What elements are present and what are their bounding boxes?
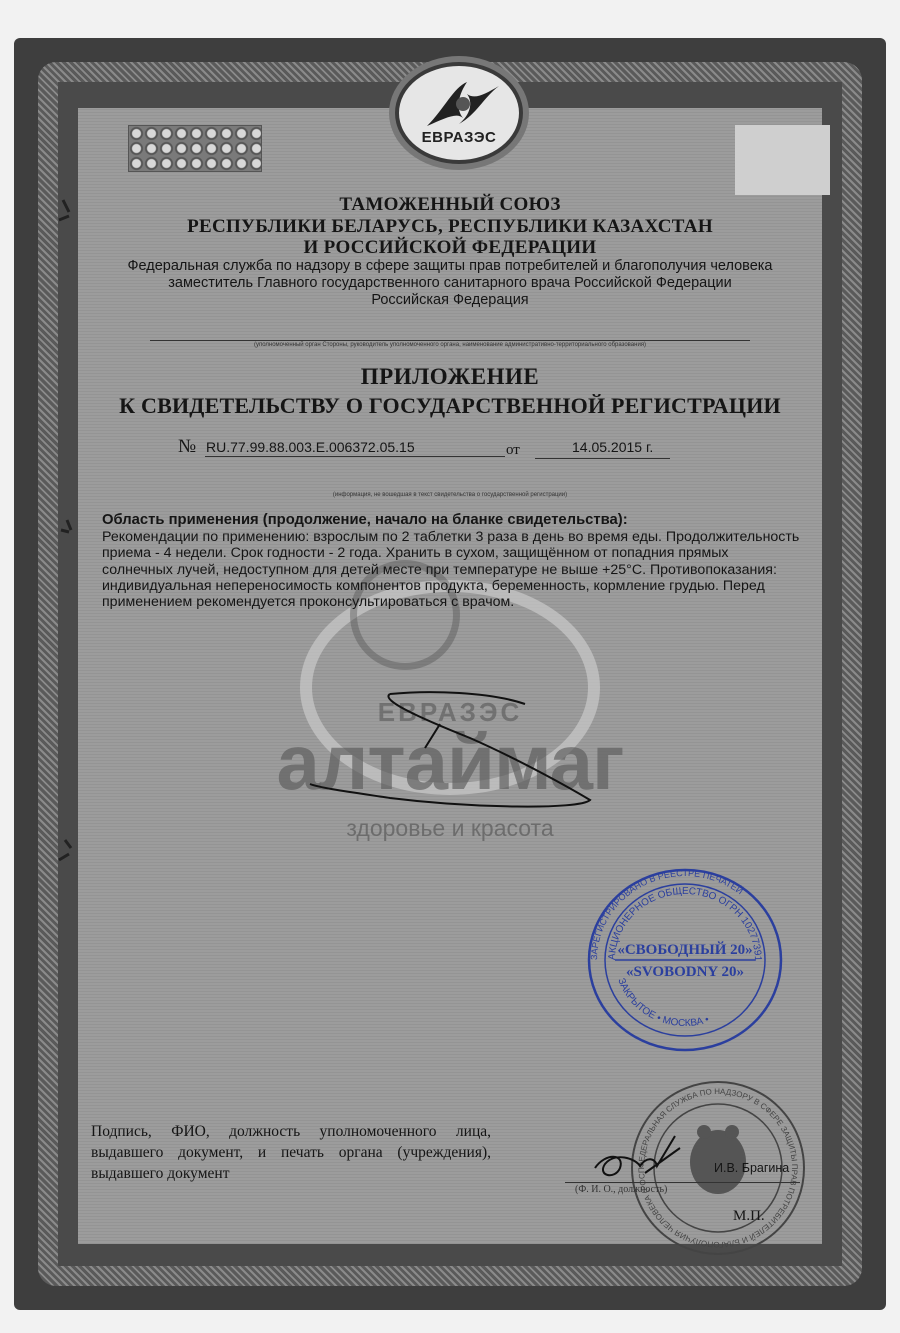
stamp-name-en: «SVOBODNY 20»: [626, 964, 744, 980]
registration-number: RU.77.99.88.003.E.006372.05.15: [206, 439, 415, 455]
signer-label: (Ф. И. О., должность): [575, 1184, 667, 1195]
registration-date: 14.05.2015 г.: [572, 439, 653, 455]
signature-caption: Подпись, ФИО, должность уполномоченного …: [91, 1121, 491, 1184]
signer-name: И.В. Брагина: [714, 1161, 789, 1175]
from-label: от: [506, 442, 520, 459]
svg-text:ЗАКРЫТОЕ • МОСКВА •: ЗАКРЫТОЕ • МОСКВА •: [615, 977, 711, 1029]
stamp-bottom-arc: ЗАКРЫТОЕ • МОСКВА •: [615, 977, 711, 1029]
document-title: ПРИЛОЖЕНИЕ: [0, 364, 900, 390]
authority-caption: (уполномоченный орган Стороны, руководит…: [0, 342, 900, 348]
registration-line: № RU.77.99.88.003.E.006372.05.15 от 14.0…: [178, 436, 678, 458]
watermark-slogan: здоровье и красота: [0, 815, 900, 842]
official-position: заместитель Главного государственного са…: [0, 275, 900, 291]
application-scope: Область применения (продолжение, начало …: [102, 512, 802, 610]
signature-scribble: [290, 688, 610, 818]
stamp-name-ru: «СВОБОДНЫЙ 20»: [617, 941, 752, 958]
document-subtitle: К СВИДЕТЕЛЬСТВУ О ГОСУДАРСТВЕННОЙ РЕГИСТ…: [0, 393, 900, 419]
scope-text: Рекомендации по применению: взрослым по …: [102, 529, 802, 610]
double-headed-eagle-icon: [690, 1125, 746, 1194]
country-name: Российская Федерация: [0, 292, 900, 308]
agency-name: Федеральная служба по надзору в сфере за…: [0, 258, 900, 274]
union-title: ТАМОЖЕННЫЙ СОЮЗ: [0, 194, 900, 216]
number-underline: [205, 456, 505, 457]
number-sign: №: [178, 436, 196, 458]
official-signature: [585, 1128, 695, 1188]
seal-place-label: М.П.: [733, 1208, 765, 1225]
date-underline: [535, 458, 670, 459]
federation-line: И РОССИЙСКОЙ ФЕДЕРАЦИИ: [0, 237, 900, 259]
company-stamp: ЗАРЕГИСТРИРОВАНО В РЕЕСТРЕ ПЕЧАТЕЙ АКЦИО…: [585, 868, 785, 1053]
signer-underline: [565, 1182, 800, 1183]
authority-underline: [150, 340, 750, 341]
scope-heading: Область применения (продолжение, начало …: [102, 512, 802, 528]
republics-line: РЕСПУБЛИКИ БЕЛАРУСЬ, РЕСПУБЛИКИ КАЗАХСТА…: [0, 216, 900, 238]
registration-caption: (информация, не вошедшая в текст свидете…: [0, 492, 900, 498]
